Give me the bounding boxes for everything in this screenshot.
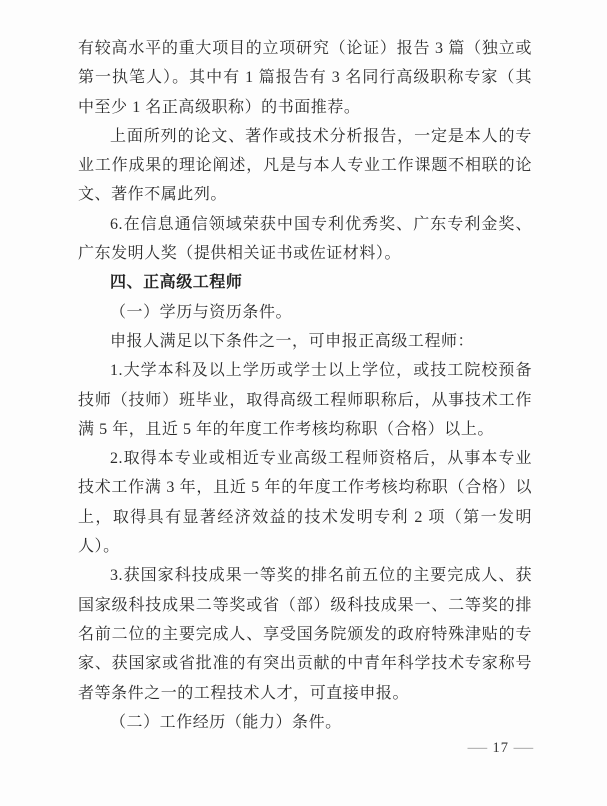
- paragraph: 1.大学本科及以上学历或学士以上学位，或技工院校预备技师（技师）班毕业，取得高级…: [78, 356, 532, 444]
- paragraph: （一）学历与资历条件。: [78, 298, 532, 327]
- paragraph: （二）工作经历（能力）条件。: [78, 708, 532, 737]
- document-body: 有较高水平的重大项目的立项研究（论证）报告 3 篇（独立或第一执笔人）。其中有 …: [78, 34, 532, 737]
- footer-dash-right: —: [514, 740, 535, 757]
- paragraph: 申报人满足以下条件之一，可申报正高级工程师：: [78, 327, 532, 356]
- footer-page-number: 17: [493, 740, 510, 757]
- page-number-footer: — 17 —: [470, 740, 533, 757]
- paragraph: 上面所列的论文、著作或技术分析报告，一定是本人的专业工作成果的理论阐述，凡是与本…: [78, 122, 532, 210]
- paragraph: 3.获国家科技成果一等奖的排名前五位的主要完成人、获国家级科技成果二等奖或省（部…: [78, 561, 532, 707]
- section-heading: 四、正高级工程师: [78, 268, 532, 297]
- document-page: 有较高水平的重大项目的立项研究（论证）报告 3 篇（独立或第一执笔人）。其中有 …: [0, 0, 607, 806]
- paragraph: 有较高水平的重大项目的立项研究（论证）报告 3 篇（独立或第一执笔人）。其中有 …: [78, 34, 532, 122]
- paragraph: 2.取得本专业或相近专业高级工程师资格后，从事本专业技术工作满 3 年，且近 5…: [78, 444, 532, 561]
- paragraph: 6.在信息通信领域荣获中国专利优秀奖、广东专利金奖、广东发明人奖（提供相关证书或…: [78, 210, 532, 269]
- footer-dash-left: —: [467, 740, 488, 757]
